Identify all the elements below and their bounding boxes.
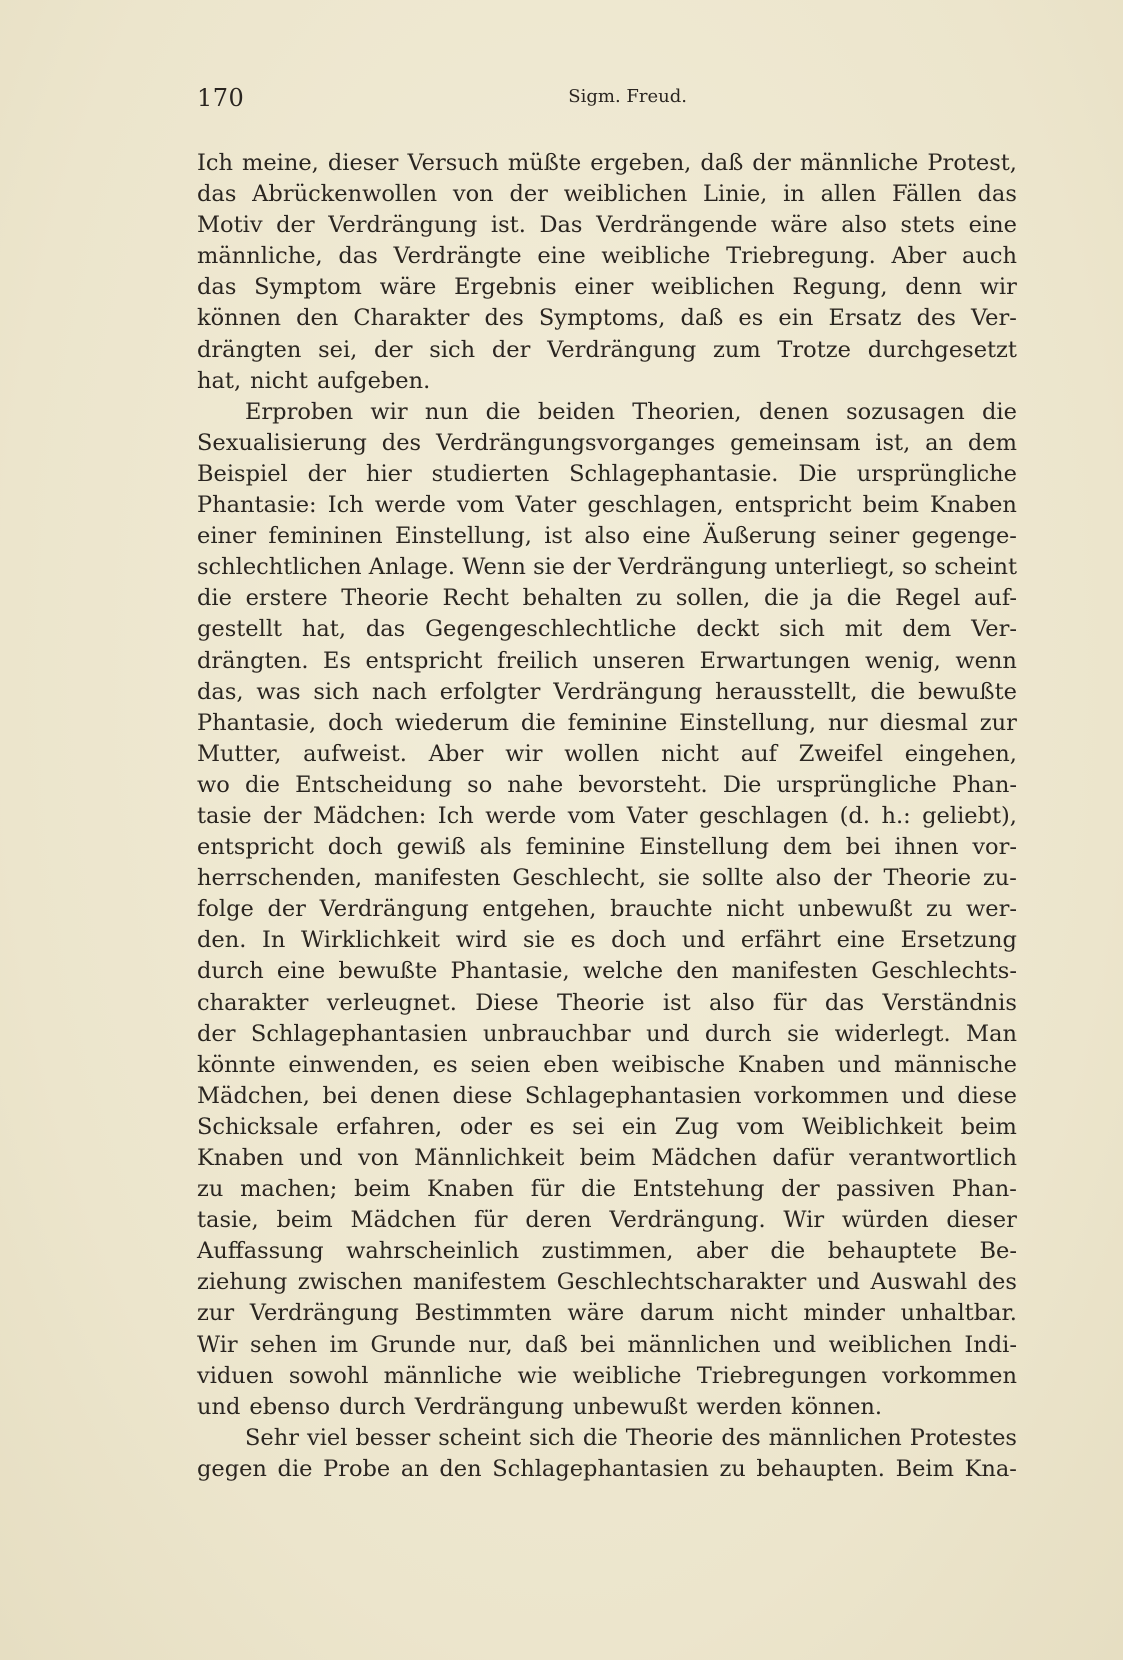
word: eine xyxy=(642,521,690,552)
word: Phan- xyxy=(952,1174,1017,1205)
word: Äußerung xyxy=(703,521,816,552)
word: Weiblichkeit xyxy=(802,1112,943,1143)
word: behaupten. xyxy=(756,1454,885,1485)
word: die xyxy=(197,583,232,614)
word: wahrscheinlich xyxy=(346,1236,519,1267)
word: Ich xyxy=(197,148,233,179)
word: doch xyxy=(328,708,383,739)
word: Ersetzung xyxy=(901,925,1017,956)
word: geschlagen, xyxy=(587,490,723,521)
word: stets xyxy=(901,210,956,241)
word: die xyxy=(581,1174,616,1205)
body-text: Ichmeine,dieserVersuchmüßteergeben,daßde… xyxy=(197,148,1017,1485)
word: sowohl xyxy=(289,1361,369,1392)
word: eine xyxy=(537,241,585,272)
word: Verdrängung xyxy=(320,894,469,925)
word: wollen xyxy=(564,739,639,770)
word: Fällen xyxy=(892,179,962,210)
word: Phan- xyxy=(952,770,1017,801)
word: entgehen, xyxy=(482,894,596,925)
word: ist, xyxy=(875,428,910,459)
word: dem xyxy=(902,614,951,645)
word: ergeben, xyxy=(590,148,691,179)
text-line: Phantasie,dochwiederumdiefeminineEinstel… xyxy=(197,708,1017,739)
word: nach xyxy=(372,677,427,708)
word: an xyxy=(925,428,953,459)
word: Mädchen xyxy=(350,1205,456,1236)
word: Einstellung xyxy=(639,832,769,863)
word: aufgeben. xyxy=(317,366,430,397)
word: was xyxy=(256,677,300,708)
text-line: drängten.EsentsprichtfreilichunserenErwa… xyxy=(197,646,1017,677)
word: es xyxy=(571,925,596,956)
word: den. xyxy=(197,925,246,956)
word: die xyxy=(521,708,556,739)
word: wir xyxy=(370,397,407,428)
word: Knaben xyxy=(930,490,1017,521)
word: Schlagephantasie. xyxy=(569,459,778,490)
text-line: KnabenundvonMännlichkeitbeimMädchendafür… xyxy=(197,1143,1017,1174)
word: der xyxy=(276,210,314,241)
text-line: schlechtlichenAnlage.WennsiederVerdrängu… xyxy=(197,552,1017,583)
word: Knaben xyxy=(427,1174,514,1205)
word: durch xyxy=(197,956,264,987)
word: zu xyxy=(636,583,662,614)
word: entspricht xyxy=(735,490,852,521)
word: die xyxy=(870,677,905,708)
word: Mädchen, xyxy=(197,1081,310,1112)
word: tasie xyxy=(197,801,252,832)
text-line: drängtensei,dersichderVerdrängungzumTrot… xyxy=(197,335,1017,366)
word: zur xyxy=(980,708,1017,739)
word: brauchte xyxy=(610,894,713,925)
word: sollen, xyxy=(676,583,750,614)
word: Knaben xyxy=(197,1143,284,1174)
word: die xyxy=(764,583,799,614)
word: beim xyxy=(276,1205,332,1236)
word: nun xyxy=(425,397,468,428)
word: von xyxy=(453,179,494,210)
word: der xyxy=(752,148,790,179)
word: Entstehung xyxy=(633,1174,765,1205)
word: ziehung xyxy=(197,1267,287,1298)
word: Wir xyxy=(197,1330,238,1361)
word: wird xyxy=(456,925,508,956)
word: Einstellung, xyxy=(395,521,532,552)
word: wäre xyxy=(567,1298,624,1329)
word: und xyxy=(299,1143,342,1174)
word: und xyxy=(838,1050,881,1081)
word: die xyxy=(486,397,521,428)
word: doch xyxy=(611,925,666,956)
word: feminine xyxy=(526,832,626,863)
word: Wenn xyxy=(462,552,526,583)
text-line: derSchlagephantasienunbrauchbarunddurchs… xyxy=(197,1019,1017,1050)
word: eine xyxy=(837,925,885,956)
word: könnte xyxy=(197,1050,276,1081)
word: (d. xyxy=(840,801,870,832)
word: dieser xyxy=(946,1205,1017,1236)
word: die xyxy=(583,1423,618,1454)
word: der xyxy=(308,459,346,490)
word: können xyxy=(197,303,281,334)
word: Wir xyxy=(783,1205,824,1236)
word: ist xyxy=(663,988,691,1019)
word: weiblichen xyxy=(829,1330,952,1361)
word: unhaltbar. xyxy=(901,1298,1017,1329)
word: sie xyxy=(787,1019,819,1050)
word: viel xyxy=(307,1423,347,1454)
word: Schlagephantasien xyxy=(251,1019,468,1050)
word: Protestes xyxy=(910,1423,1017,1454)
word: Verdrängung xyxy=(618,552,767,583)
word: den xyxy=(676,956,718,987)
word: werde xyxy=(485,801,556,832)
word: zu xyxy=(197,1174,223,1205)
word: Abrückenwollen xyxy=(252,179,437,210)
word: zur xyxy=(197,1298,234,1329)
word: Vater xyxy=(627,801,688,832)
word: eingehen, xyxy=(905,739,1017,770)
word: Mutter, xyxy=(197,739,281,770)
word: das xyxy=(197,179,236,210)
word: Geschlechts- xyxy=(871,956,1017,987)
text-line: Mutter,aufweist.AberwirwollennichtaufZwe… xyxy=(197,739,1017,770)
word: manifesten xyxy=(374,863,500,894)
word: daß xyxy=(680,303,723,334)
word: männliche, xyxy=(197,241,323,272)
word: Mädchen xyxy=(651,1143,757,1174)
word: wo xyxy=(197,770,230,801)
word: es xyxy=(530,1112,555,1143)
word: nur xyxy=(828,708,868,739)
word: männische xyxy=(894,1050,1017,1081)
word: Vater xyxy=(516,490,577,521)
word: Geschlecht, xyxy=(512,863,646,894)
word: wie xyxy=(517,1361,557,1392)
word: können. xyxy=(791,1392,882,1423)
word: zwischen xyxy=(298,1267,403,1298)
word: des xyxy=(978,1267,1017,1298)
word: dem xyxy=(783,832,832,863)
word: Indi- xyxy=(964,1330,1017,1361)
word: die xyxy=(770,1236,805,1267)
text-line: dasSymptomwäreErgebniseinerweiblichenReg… xyxy=(197,272,1017,303)
word: Ich xyxy=(328,490,364,521)
word: Ver- xyxy=(971,614,1017,645)
text-line: charakterverleugnet.DieseTheorieistalsof… xyxy=(197,988,1017,1019)
word: werden xyxy=(696,1392,782,1423)
text-line: entsprichtdochgewißalsfeminineEinstellun… xyxy=(197,832,1017,863)
word: eine xyxy=(969,210,1017,241)
word: Verständnis xyxy=(883,988,1017,1019)
word: sehen xyxy=(250,1330,317,1361)
word: nicht xyxy=(730,1298,788,1329)
running-head: Sigm. Freud. xyxy=(197,86,687,107)
word: nicht xyxy=(250,366,308,397)
word: denn xyxy=(905,272,962,303)
word: wir xyxy=(980,272,1017,303)
word: unbewußt xyxy=(573,1392,688,1423)
word: Verdrängungsvorganges xyxy=(436,428,715,459)
word: Bestimmten xyxy=(415,1298,552,1329)
word: männliche xyxy=(384,1361,503,1392)
word: Verdrängung xyxy=(553,677,702,708)
word: ein xyxy=(778,303,813,334)
word: Verdrängung xyxy=(547,335,696,366)
word: geliebt), xyxy=(922,801,1017,832)
word: denen xyxy=(759,397,829,428)
word: diese xyxy=(453,1081,513,1112)
word: Wirklichkeit xyxy=(301,925,440,956)
word: h.: xyxy=(881,801,910,832)
word: das xyxy=(978,179,1017,210)
text-line: Schicksaleerfahren,oderesseieinZugvomWei… xyxy=(197,1112,1017,1143)
word: vor- xyxy=(972,832,1017,863)
text-line: dieerstereTheorieRechtbehaltenzusollen,d… xyxy=(197,583,1017,614)
word: ein xyxy=(622,1112,657,1143)
word: sollte xyxy=(702,863,764,894)
word: drängten. xyxy=(197,646,308,677)
word: Sehr xyxy=(245,1423,299,1454)
word: eben xyxy=(543,1050,599,1081)
word: erfährt xyxy=(741,925,821,956)
word: Be- xyxy=(979,1236,1016,1267)
word: freilich xyxy=(497,646,578,677)
word: wenig, xyxy=(865,646,941,677)
text-line: einerfemininenEinstellung,istalsoeineÄuß… xyxy=(197,521,1017,552)
word: Phantasie, xyxy=(450,956,569,987)
word: aufweist. xyxy=(303,739,407,770)
word: und xyxy=(901,1081,944,1112)
word: diese xyxy=(957,1081,1017,1112)
word: der xyxy=(492,335,530,366)
word: beiden xyxy=(538,397,615,428)
text-line: durcheinebewußtePhantasie,welchedenmanif… xyxy=(197,956,1017,987)
word: der xyxy=(833,863,871,894)
word: das, xyxy=(197,677,244,708)
text-line: Ichmeine,dieserVersuchmüßteergeben,daßde… xyxy=(197,148,1017,179)
text-line: gegendieProbeandenSchlagephantasienzubeh… xyxy=(197,1454,1017,1485)
word: ursprüngliche xyxy=(777,770,937,801)
word: unbrauchbar xyxy=(483,1019,631,1050)
word: es xyxy=(433,1050,458,1081)
word: Symptoms, xyxy=(539,303,666,334)
word: doch xyxy=(328,832,383,863)
word: ist xyxy=(544,521,572,552)
text-line: Mädchen,beidenendieseSchlagephantasienvo… xyxy=(197,1081,1017,1112)
word: manifestem xyxy=(413,1267,546,1298)
text-line: männliche,dasVerdrängteeineweiblicheTrie… xyxy=(197,241,1017,272)
word: und xyxy=(682,925,725,956)
word: manifesten xyxy=(732,956,858,987)
text-line: den.InWirklichkeitwirdsieesdochunderfähr… xyxy=(197,925,1017,956)
word: im xyxy=(330,1330,359,1361)
word: durch xyxy=(339,1392,406,1423)
word: wäre xyxy=(380,272,437,303)
word: es xyxy=(738,303,763,334)
word: gewiß xyxy=(397,832,466,863)
word: Phantasie: xyxy=(197,490,317,521)
word: Die xyxy=(723,770,762,801)
word: also xyxy=(709,988,755,1019)
word: zu- xyxy=(983,863,1017,894)
word: folge xyxy=(197,894,254,925)
word: Sexualisierung xyxy=(197,428,367,459)
word: Charakter xyxy=(353,303,469,334)
word: den xyxy=(439,1454,481,1485)
word: sei xyxy=(572,1112,604,1143)
word: und xyxy=(773,1330,816,1361)
word: bei xyxy=(846,832,881,863)
word: drängten xyxy=(197,335,301,366)
word: des xyxy=(917,303,956,334)
word: Ver- xyxy=(971,303,1017,334)
word: unbewußt xyxy=(798,894,913,925)
word: vom xyxy=(568,801,616,832)
word: würden xyxy=(842,1205,929,1236)
text-line: folgederVerdrängungentgehen,brauchtenich… xyxy=(197,894,1017,925)
word: Phantasie, xyxy=(197,708,316,739)
word: weiblichen xyxy=(651,272,774,303)
word: bewußte xyxy=(338,956,437,987)
word: weibliche xyxy=(601,241,710,272)
text-line: ziehungzwischenmanifestemGeschlechtschar… xyxy=(197,1267,1017,1298)
word: für xyxy=(531,1174,565,1205)
word: gestellt xyxy=(197,614,282,645)
word: Triebregungen xyxy=(697,1361,867,1392)
word: charakter xyxy=(197,988,308,1019)
word: vorkommen xyxy=(754,1081,889,1112)
word: Erproben xyxy=(245,397,353,428)
word: vom xyxy=(457,490,505,521)
word: Männlichkeit xyxy=(414,1143,564,1174)
word: deren xyxy=(525,1205,591,1236)
word: hat, xyxy=(302,614,346,645)
word: unseren xyxy=(593,646,685,677)
word: zu xyxy=(926,894,952,925)
word: diesmal xyxy=(880,708,968,739)
word: Zug xyxy=(675,1112,720,1143)
word: passiven xyxy=(836,1174,935,1205)
word: das xyxy=(366,614,405,645)
word: Zweifel xyxy=(799,739,883,770)
word: also xyxy=(841,210,887,241)
text-line: viduensowohlmännlichewieweiblicheTriebre… xyxy=(197,1361,1017,1392)
word: allen xyxy=(821,179,877,210)
word: Mädchen: xyxy=(313,801,426,832)
text-line: Auffassungwahrscheinlichzustimmen,aberdi… xyxy=(197,1236,1017,1267)
text-line: ErprobenwirnundiebeidenTheorien,denensoz… xyxy=(197,397,1017,428)
text-line: SexualisierungdesVerdrängungsvorgangesge… xyxy=(197,428,1017,459)
word: als xyxy=(480,832,512,863)
word: Regung, xyxy=(792,272,887,303)
text-line: Phantasie:IchwerdevomVatergeschlagen,ent… xyxy=(197,490,1017,521)
word: ebenso xyxy=(249,1392,330,1423)
word: tasie, xyxy=(197,1205,259,1236)
word: unterliegt, xyxy=(774,552,894,583)
word: sie xyxy=(523,925,555,956)
word: auf- xyxy=(974,583,1017,614)
word: von xyxy=(358,1143,399,1174)
word: Es xyxy=(323,646,351,677)
word: herausstellt, xyxy=(715,677,858,708)
word: sie xyxy=(658,863,690,894)
word: deckt xyxy=(696,614,759,645)
word: Versuch xyxy=(407,148,498,179)
word: wir xyxy=(505,739,542,770)
word: Theorie xyxy=(341,583,429,614)
word: wäre xyxy=(771,210,828,241)
word: der xyxy=(781,1174,819,1205)
word: männliche xyxy=(800,148,919,179)
word: Kna- xyxy=(965,1454,1017,1485)
word: und xyxy=(197,1392,240,1423)
word: an xyxy=(401,1454,429,1485)
text-line: tasie,beimMädchenfürderenVerdrängung.Wir… xyxy=(197,1205,1017,1236)
word: besser xyxy=(355,1423,430,1454)
word: das xyxy=(825,988,864,1019)
word: Verdrängte xyxy=(394,241,522,272)
text-line: SehrvielbesserscheintsichdieTheoriedesmä… xyxy=(197,1423,1017,1454)
word: Protest, xyxy=(927,148,1017,179)
word: aber xyxy=(696,1236,748,1267)
word: des xyxy=(485,303,524,334)
word: Schlagephantasien xyxy=(492,1454,709,1485)
word: beim xyxy=(354,1174,410,1205)
word: für xyxy=(773,988,807,1019)
word: weibische xyxy=(612,1050,725,1081)
word: und xyxy=(646,1019,689,1050)
word: durch xyxy=(705,1019,772,1050)
word: seiner xyxy=(829,521,900,552)
word: gegen xyxy=(197,1454,267,1485)
word: Anlage. xyxy=(369,552,455,583)
text-line: undebensodurchVerdrängungunbewußtwerdenk… xyxy=(197,1392,1017,1423)
word: auf xyxy=(741,739,777,770)
word: In xyxy=(262,925,285,956)
word: gemeinsam xyxy=(730,428,860,459)
text-line: tasiederMädchen:IchwerdevomVatergeschlag… xyxy=(197,801,1017,832)
word: bei xyxy=(322,1081,357,1112)
word: Verdrängende xyxy=(596,210,757,241)
word: dem xyxy=(968,428,1017,459)
word: vom xyxy=(737,1112,785,1143)
word: sei, xyxy=(318,335,357,366)
word: oder xyxy=(460,1112,512,1143)
word: wiederum xyxy=(395,708,509,739)
word: darum xyxy=(640,1298,714,1329)
text-line: zurVerdrängungBestimmtenwäredarumnichtmi… xyxy=(197,1298,1017,1329)
text-line: gestellthat,dasGegengeschlechtlichedeckt… xyxy=(197,614,1017,645)
word: Beispiel xyxy=(197,459,288,490)
word: Das xyxy=(539,210,582,241)
word: des xyxy=(382,428,421,459)
word: männlichen xyxy=(769,1423,902,1454)
word: behauptete xyxy=(828,1236,957,1267)
word: die xyxy=(245,770,280,801)
text-line: zumachen;beimKnabenfürdieEntstehungderpa… xyxy=(197,1174,1017,1205)
word: nicht xyxy=(661,739,719,770)
word: sie xyxy=(533,552,565,583)
word: Ergebnis xyxy=(454,272,557,303)
word: weiblichen xyxy=(564,179,687,210)
word: einer xyxy=(197,521,256,552)
word: wer- xyxy=(966,894,1017,925)
word: der xyxy=(263,801,301,832)
word: hat, xyxy=(197,366,241,397)
text-line: das,wassichnacherfolgterVerdrängungherau… xyxy=(197,677,1017,708)
